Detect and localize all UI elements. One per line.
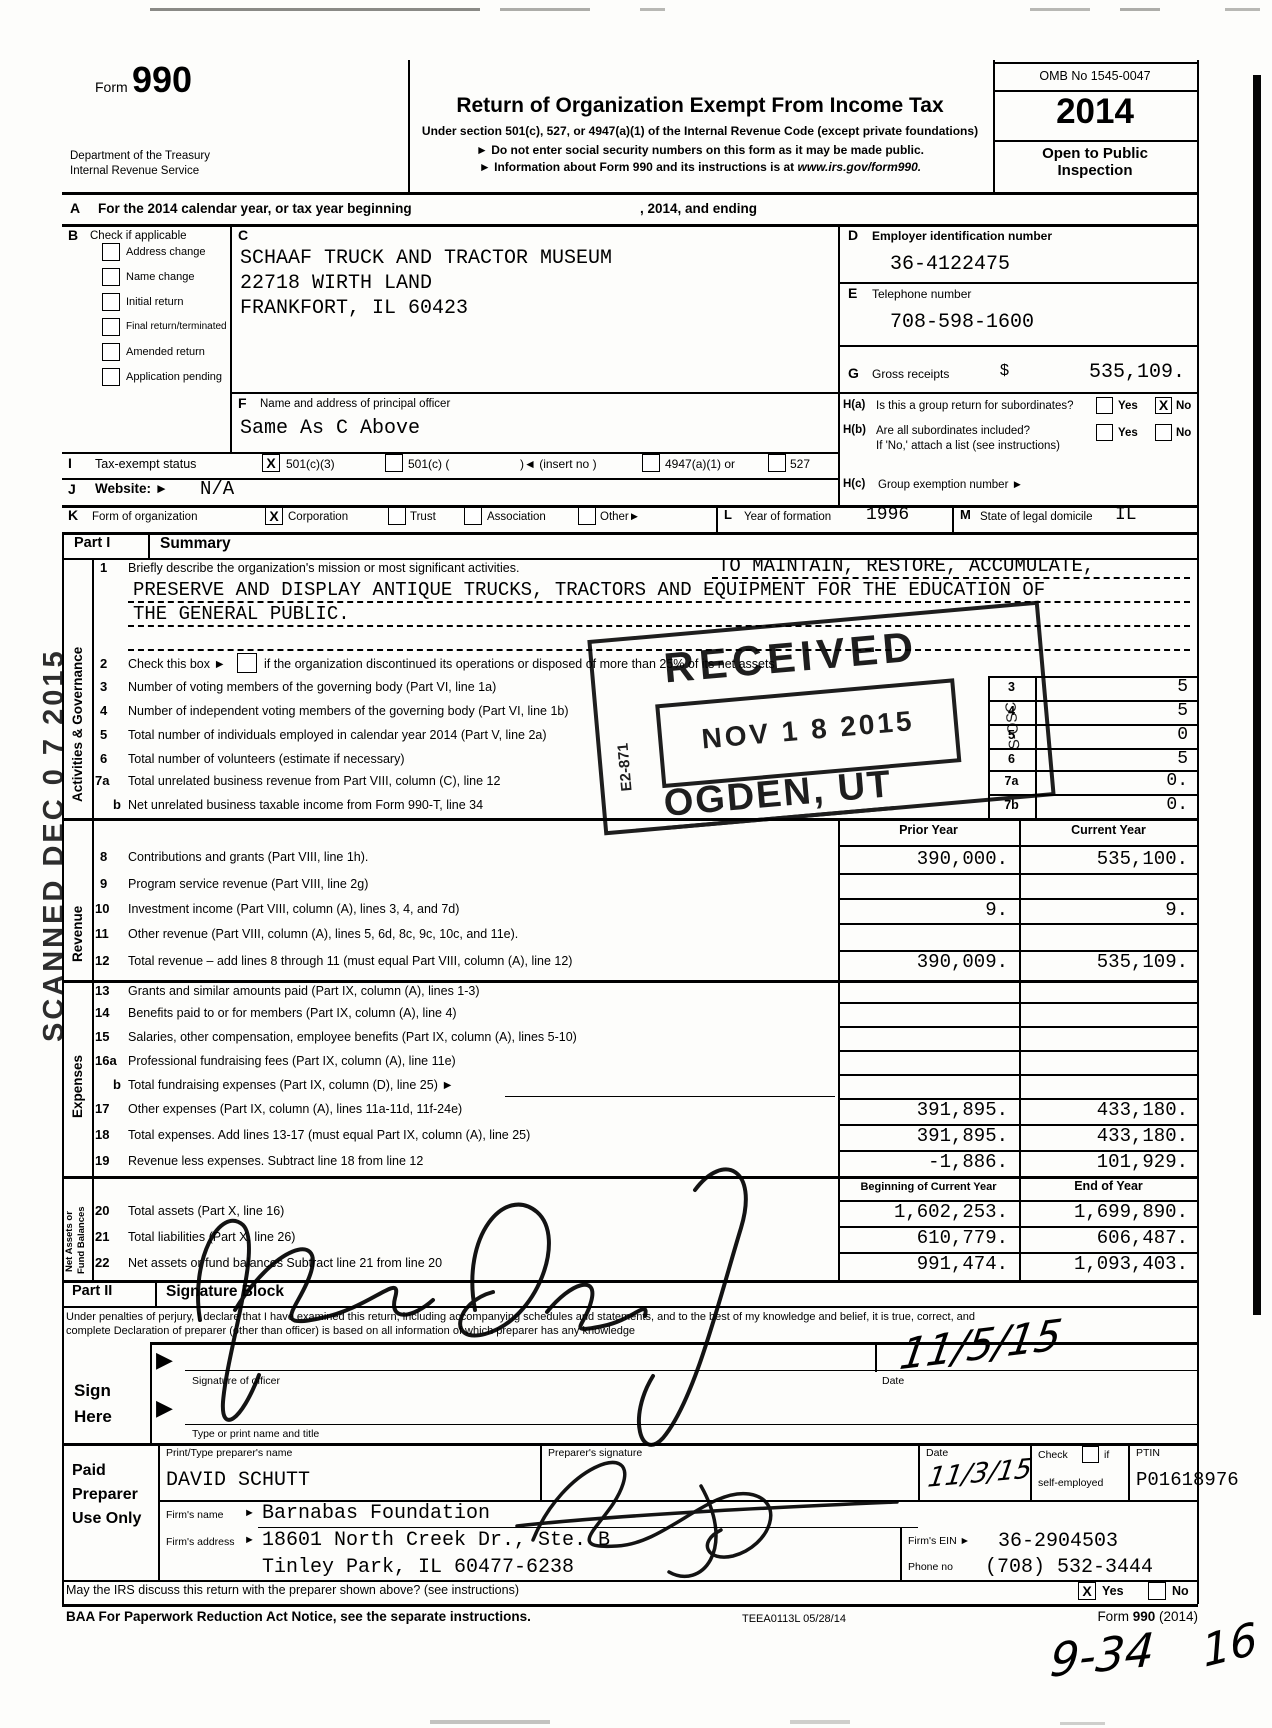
divider (150, 1342, 152, 1443)
divider (230, 392, 1198, 394)
line-j-letter: J (68, 482, 76, 497)
current-value: 9. (1030, 900, 1188, 921)
ha-no-checkbox[interactable]: X (1155, 397, 1172, 414)
expense-line-label: Professional fundraising fees (Part IX, … (128, 1055, 456, 1069)
current-value: 433,180. (1030, 1126, 1188, 1147)
prior-value: 391,895. (850, 1100, 1008, 1121)
line-num: 18 (95, 1128, 109, 1142)
tax-exempt-4947-label: 4947(a)(1) or (665, 458, 735, 471)
k-other-label: Other► (600, 511, 640, 524)
open-to-public: Open to Public (993, 146, 1197, 163)
gov-line-value: 5 (1040, 702, 1188, 722)
received-stamp-text: RECEIVED (662, 623, 920, 691)
side-label-revenue: Revenue (70, 906, 85, 962)
current-value: 433,180. (1030, 1100, 1188, 1121)
revenue-line-label: Program service revenue (Part VIII, line… (128, 878, 368, 892)
prior-value: -1,886. (850, 1152, 1008, 1173)
baa-notice: BAA For Paperwork Reduction Act Notice, … (66, 1610, 531, 1625)
scan-artifact (1030, 8, 1090, 11)
form-number: 990 (132, 60, 192, 100)
gov-line-label: Total number of individuals employed in … (128, 729, 547, 743)
self-employed-checkbox[interactable] (1082, 1446, 1099, 1463)
line2-checkbox[interactable] (237, 653, 257, 673)
revenue-line-label: Investment income (Part VIII, column (A)… (128, 903, 459, 917)
line-i-title: Tax-exempt status (95, 458, 196, 472)
line-num: 6 (100, 752, 107, 766)
line-num: 16a (95, 1054, 117, 1068)
line-num: 11 (95, 927, 109, 941)
preparer-label: Preparer (72, 1486, 138, 1504)
teea-code: TEEA0113L 05/28/14 (742, 1613, 846, 1625)
line-num: b (113, 1078, 121, 1092)
divider (716, 505, 718, 532)
handwritten-mark-2: 16 (1200, 1613, 1260, 1678)
hc-letter: H(c) (843, 478, 865, 491)
page-subtitle: Under section 501(c), 527, or 4947(a)(1)… (406, 125, 994, 138)
tax-exempt-501c-checkbox[interactable] (385, 454, 403, 472)
line-num: 17 (95, 1102, 109, 1116)
address-change-checkbox[interactable] (102, 243, 120, 261)
paid-label: Paid (72, 1462, 106, 1480)
line2-text1: Check this box ► (128, 658, 226, 672)
side-label-net-assets1: Net Assets or (64, 1211, 75, 1272)
end-year-header: End of Year (1019, 1180, 1198, 1194)
firms-name-arrow-icon: ► (244, 1507, 255, 1519)
hb-yes-checkbox[interactable] (1096, 424, 1113, 441)
expense-line-label: Total expenses. Add lines 13-17 (must eq… (128, 1129, 530, 1143)
line-i-letter: I (68, 456, 72, 471)
scan-artifact (150, 8, 480, 11)
preparer-signature[interactable] (505, 1422, 905, 1592)
gov-line-label: Total number of volunteers (estimate if … (128, 753, 405, 767)
divider (505, 1096, 835, 1097)
year-of-formation-value: 1996 (866, 506, 909, 526)
end-value: 1,699,890. (1030, 1202, 1188, 1223)
part1-title: Summary (160, 535, 231, 552)
received-stamp: RECEIVED NOV 1 8 2015 E2-871 S-OSC OGDEN… (587, 601, 1055, 836)
sign-here-label2: Here (74, 1408, 112, 1427)
hb-note: If 'No,' attach a list (see instructions… (876, 440, 1060, 453)
final-return-checkbox[interactable] (102, 318, 120, 336)
divider (838, 923, 1198, 925)
divider (62, 1280, 64, 1306)
divider (918, 1443, 920, 1500)
gov-line-label: Number of voting members of the governin… (128, 681, 496, 695)
amended-return-checkbox[interactable] (102, 343, 120, 361)
scan-artifact (1225, 8, 1260, 11)
scan-artifact (640, 8, 665, 11)
line-num: 8 (100, 850, 107, 864)
section-f-title: Name and address of principal officer (260, 398, 450, 411)
mission-text-3: THE GENERAL PUBLIC. (133, 604, 350, 625)
form-990-page: Form 990 Department of the Treasury Inte… (0, 0, 1272, 1728)
divider (838, 1026, 1198, 1028)
divider (62, 532, 64, 558)
discuss-yes-checkbox[interactable]: X (1078, 1582, 1096, 1600)
divider (62, 192, 1198, 195)
tax-exempt-4947-checkbox[interactable] (642, 454, 660, 472)
application-pending-checkbox[interactable] (102, 368, 120, 386)
firms-address-label: Firm's address (166, 1537, 235, 1549)
prior-value: 9. (850, 900, 1008, 921)
tax-exempt-527-checkbox[interactable] (768, 454, 786, 472)
checkbox-label: Amended return (126, 346, 205, 358)
received-stamp-code-right: S-OSC (1002, 701, 1023, 750)
form-footer-word: Form (1097, 1609, 1132, 1624)
hb-letter: H(b) (843, 424, 866, 437)
divider (62, 1604, 1198, 1607)
org-address2: FRANKFORT, IL 60423 (240, 298, 468, 320)
line-num: 21 (95, 1230, 109, 1244)
divider (838, 224, 840, 505)
mission-text-1: TO MAINTAIN, RESTORE, ACCUMULATE, (718, 556, 1094, 577)
firms-name-value: Barnabas Foundation (262, 1503, 490, 1525)
section-e-title: Telephone number (872, 288, 971, 301)
k-corporation-checkbox[interactable]: X (265, 507, 283, 525)
name-change-checkbox[interactable] (102, 268, 120, 286)
line-num: 1 (100, 561, 107, 575)
side-label-net-assets2: Fund Balances (76, 1206, 87, 1274)
line-num: b (113, 798, 121, 812)
website-value: N/A (200, 479, 234, 500)
divider (62, 980, 1198, 983)
line1-label: Briefly describe the organization's miss… (128, 562, 519, 576)
firms-address-arrow-icon: ► (244, 1534, 255, 1546)
tax-exempt-501c3-checkbox[interactable]: X (262, 454, 280, 472)
insert-no-label: )◄ (insert no ) (520, 458, 597, 471)
line-num: 14 (95, 1006, 109, 1020)
line-num: 2 (100, 657, 107, 671)
revenue-line-label: Total revenue – add lines 8 through 11 (… (128, 955, 572, 969)
current-value: 101,929. (1030, 1152, 1188, 1173)
discuss-yes-label: Yes (1102, 1585, 1124, 1599)
line-a-letter: A (70, 201, 80, 216)
end-value: 1,093,403. (1030, 1254, 1188, 1275)
form-footer-year: (2014) (1155, 1609, 1198, 1624)
divider (993, 140, 1197, 142)
checkbox-label: Initial return (126, 296, 183, 308)
dollar-sign: $ (1000, 362, 1009, 380)
gov-line-label: Net unrelated business taxable income fr… (128, 799, 483, 813)
ptin-value: P01618976 (1136, 1470, 1239, 1491)
irs-url: www.irs.gov/form990. (798, 160, 922, 174)
officer-signature[interactable] (175, 1150, 795, 1450)
divider (155, 1280, 157, 1306)
divider (838, 873, 1198, 875)
beginning-year-header: Beginning of Current Year (838, 1181, 1019, 1193)
ptin-label: PTIN (1136, 1448, 1160, 1460)
org-name: SCHAAF TRUCK AND TRACTOR MUSEUM (240, 248, 612, 270)
hb-no-checkbox[interactable] (1155, 424, 1172, 441)
check-label: Check (1038, 1450, 1068, 1462)
use-only-label: Use Only (72, 1510, 141, 1528)
begin-value: 610,779. (850, 1228, 1008, 1249)
revenue-line-label: Other revenue (Part VIII, column (A), li… (128, 928, 518, 942)
preparer-date-label: Date (926, 1448, 948, 1460)
divider (62, 452, 838, 454)
received-stamp-code-left: E2-871 (614, 742, 635, 792)
ha-yes-label: Yes (1118, 400, 1138, 413)
divider (838, 1074, 1198, 1076)
dept-line1: Department of the Treasury (70, 150, 210, 163)
preparer-name-value: DAVID SCHUTT (166, 1470, 310, 1492)
expense-line-label: Salaries, other compensation, employee b… (128, 1031, 577, 1045)
tax-exempt-527-label: 527 (790, 458, 810, 471)
firms-ein-value: 36-2904503 (998, 1531, 1118, 1553)
line-num: 9 (100, 877, 107, 891)
divider (952, 505, 954, 532)
sign-arrow-icon: ▶ (156, 1348, 173, 1372)
sign-arrow-icon: ▶ (156, 1396, 173, 1420)
form-word: Form (95, 80, 128, 95)
divider (875, 1342, 877, 1372)
k-other-checkbox[interactable] (578, 507, 596, 525)
side-label-governance: Activities & Governance (70, 647, 85, 802)
hb-text: Are all subordinates included? (876, 425, 1030, 438)
gov-line-label: Total unrelated business revenue from Pa… (128, 775, 500, 789)
divider (838, 1002, 1198, 1004)
received-stamp-date: NOV 1 8 2015 (661, 703, 955, 759)
tax-exempt-501c3-label: 501(c)(3) (286, 458, 335, 471)
line-l-letter: L (724, 508, 732, 522)
divider (838, 845, 1198, 847)
phone-value: 708-598-1600 (890, 312, 1034, 334)
divider (1019, 818, 1021, 1280)
firms-ein-label: Firm's EIN ► (908, 1536, 970, 1548)
omb-number: OMB No 1545-0047 (993, 70, 1197, 84)
hb-no-label: No (1176, 427, 1191, 440)
checkbox-label: Final return/terminated (126, 321, 227, 332)
begin-value: 991,474. (850, 1254, 1008, 1275)
divider (158, 1443, 160, 1580)
scanned-stamp: SCANNED DEC 0 7 2015 (38, 648, 71, 1042)
checkbox-label: Address change (126, 246, 206, 258)
expense-line-label: Other expenses (Part IX, column (A), lin… (128, 1103, 462, 1117)
divider (62, 224, 1198, 227)
current-value: 535,100. (1030, 849, 1188, 870)
begin-value: 1,602,253. (850, 1202, 1008, 1223)
phone-label: Phone no (908, 1562, 953, 1574)
line-num: 19 (95, 1154, 109, 1168)
inspection: Inspection (993, 163, 1197, 180)
section-g-letter: G (848, 366, 859, 381)
dept-line2: Internal Revenue Service (70, 165, 199, 178)
section-g-title: Gross receipts (872, 368, 949, 381)
scan-artifact (1120, 8, 1160, 11)
gross-receipts-value: 535,109. (1030, 362, 1185, 384)
divider (838, 345, 1198, 347)
section-d-letter: D (848, 228, 858, 243)
phone-value: (708) 532-3444 (985, 1557, 1153, 1579)
prior-value: 390,000. (850, 849, 1008, 870)
ha-text: Is this a group return for subordinates? (876, 400, 1074, 413)
line-num: 4 (100, 704, 107, 718)
gov-line-value: 0. (1040, 772, 1188, 792)
line-num: 20 (95, 1204, 109, 1218)
k-trust-checkbox[interactable] (388, 507, 406, 525)
section-d-title: Employer identification number (872, 230, 1052, 243)
divider (993, 62, 1197, 64)
state-of-domicile-value: IL (1115, 506, 1137, 526)
divider (92, 558, 94, 1280)
org-address1: 22718 WIRTH LAND (240, 273, 432, 295)
self-employed-label: self-employed (1038, 1478, 1103, 1490)
gov-line-value: 5 (1040, 678, 1188, 698)
checkbox-label: Name change (126, 271, 195, 283)
checkbox-label: Application pending (126, 371, 222, 383)
firms-name-label: Firm's name (166, 1510, 223, 1522)
expense-line-label: Grants and similar amounts paid (Part IX… (128, 985, 480, 999)
expense-line-label: Total fundraising expenses (Part IX, col… (128, 1079, 454, 1093)
scan-artifact (430, 1720, 550, 1724)
prior-year-header: Prior Year (838, 824, 1019, 838)
initial-return-checkbox[interactable] (102, 293, 120, 311)
k-corporation-label: Corporation (288, 511, 348, 524)
scan-artifact (1060, 1722, 1105, 1725)
tax-exempt-501c-label: 501(c) ( (408, 458, 449, 471)
divider (148, 532, 150, 558)
website-label: Website: ► (95, 482, 168, 497)
line-k-letter: K (68, 508, 78, 523)
divider (838, 282, 1198, 284)
irs-discuss-text: May the IRS discuss this return with the… (66, 1584, 519, 1598)
line-m-letter: M (960, 508, 971, 522)
discuss-no-checkbox[interactable] (1148, 1582, 1166, 1600)
prior-value: 391,895. (850, 1126, 1008, 1147)
divider (838, 1050, 1198, 1052)
side-label-expenses: Expenses (70, 1055, 85, 1118)
scan-artifact (500, 8, 590, 11)
tax-year: 2014 (993, 93, 1197, 132)
line-num: 12 (95, 954, 109, 968)
line-l-title: Year of formation (744, 511, 831, 524)
line-k-title: Form of organization (92, 511, 197, 524)
handwritten-mark-1: 9-34 (1048, 1622, 1156, 1688)
ha-no-label: No (1176, 400, 1191, 413)
divider (62, 505, 1198, 508)
gov-line-value: 5 (1040, 750, 1188, 770)
divider (838, 818, 840, 1280)
ha-yes-checkbox[interactable] (1096, 397, 1113, 414)
header-bullet1: ► Do not enter social security numbers o… (410, 144, 990, 157)
line-num: 10 (95, 902, 109, 916)
sign-here-label1: Sign (74, 1382, 111, 1401)
k-association-label: Association (487, 511, 546, 524)
line-num: 5 (100, 728, 107, 742)
end-value: 606,487. (1030, 1228, 1188, 1249)
k-trust-label: Trust (410, 511, 436, 524)
current-year-header: Current Year (1019, 824, 1198, 838)
scan-artifact (1253, 75, 1261, 1315)
line-a-text: For the 2014 calendar year, or tax year … (98, 202, 412, 217)
gov-line-label: Number of independent voting members of … (128, 705, 569, 719)
divider (62, 532, 1198, 535)
line-num: 3 (100, 680, 107, 694)
ha-letter: H(a) (843, 399, 865, 412)
mission-text-2: PRESERVE AND DISPLAY ANTIQUE TRUCKS, TRA… (133, 580, 1045, 601)
section-b-title: Check if applicable (90, 230, 187, 243)
divider (230, 224, 232, 452)
form-footer: Form 990 (2014) (1000, 1610, 1198, 1625)
header-bullet2: ► Information about Form 990 and its ins… (410, 161, 990, 174)
gov-line-value: 0. (1040, 796, 1188, 816)
header-bullet2-text: ► Information about Form 990 and its ins… (479, 160, 798, 174)
if-label: if (1104, 1450, 1109, 1462)
line-num: 22 (95, 1256, 109, 1270)
current-value: 535,109. (1030, 952, 1188, 973)
part2-label: Part II (72, 1284, 112, 1300)
expense-line-label: Benefits paid to or for members (Part IX… (128, 1007, 457, 1021)
divider (1128, 1443, 1130, 1500)
hb-yes-label: Yes (1118, 427, 1138, 440)
divider (62, 478, 838, 480)
discuss-no-label: No (1172, 1585, 1189, 1599)
principal-officer-value: Same As C Above (240, 418, 420, 440)
prior-value: 390,009. (850, 952, 1008, 973)
line-a-ending: , 2014, and ending (640, 202, 757, 217)
gov-line-value: 0 (1040, 726, 1188, 746)
scan-artifact (790, 1720, 850, 1724)
line-m-title: State of legal domicile (980, 511, 1093, 524)
section-f-letter: F (238, 396, 247, 411)
k-association-checkbox[interactable] (464, 507, 482, 525)
line-num: 13 (95, 984, 109, 998)
hc-text: Group exemption number ► (878, 479, 1023, 492)
line-num: 15 (95, 1030, 109, 1044)
ein-value: 36-4122475 (890, 254, 1010, 276)
page-title: Return of Organization Exempt From Incom… (410, 94, 990, 117)
line-num: 7a (95, 774, 109, 788)
section-c-letter: C (238, 228, 248, 243)
revenue-line-label: Contributions and grants (Part VIII, lin… (128, 851, 368, 865)
section-e-letter: E (848, 286, 857, 301)
part1-label: Part I (74, 536, 110, 552)
section-b-letter: B (68, 228, 78, 243)
